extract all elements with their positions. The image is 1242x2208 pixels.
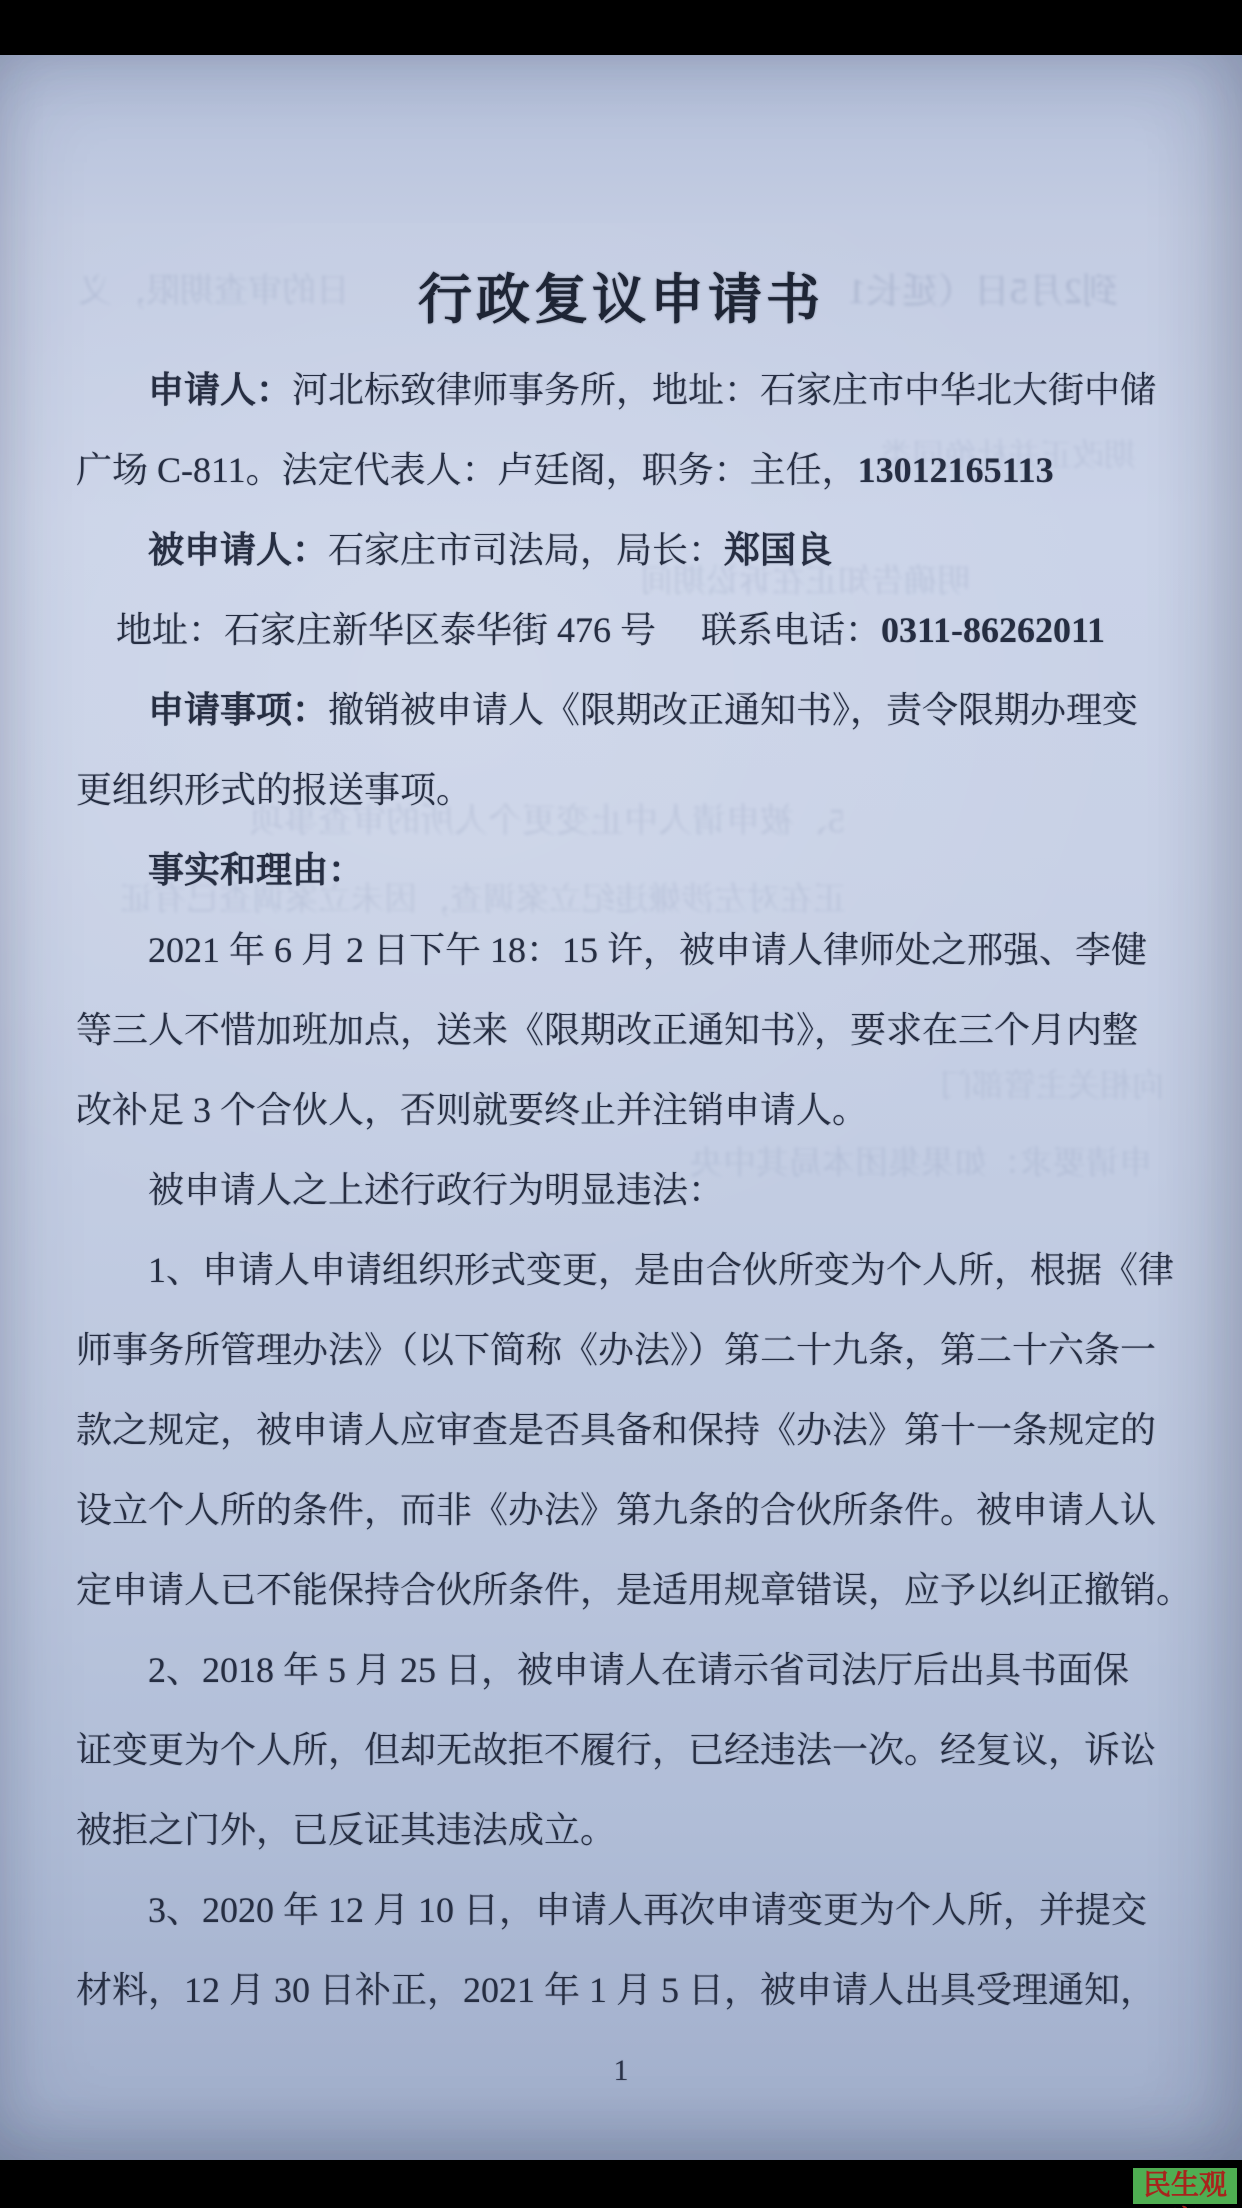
document-body: 申请人：河北标致律师事务所，地址：石家庄市中华北大街中储广场 C-811。法定代… xyxy=(0,350,1242,2030)
text-run: 3、2020 年 12 月 10 日，申请人再次申请变更为个人所，并提交 xyxy=(148,1890,1147,1930)
text-run: 改补足 3 个合伙人，否则就要终止并注销申请人。 xyxy=(76,1090,868,1130)
text-run: 石家庄市司法局，局长： xyxy=(328,530,724,570)
text-run: 定申请人已不能保持合伙所条件，是适用规章错误，应予以纠正撤销。 xyxy=(76,1570,1192,1610)
photo-frame: 到2月5日（延长1日的审查期限，义期改正并杜绝同类明确告知正在诉讼期间5、被申请… xyxy=(0,0,1242,2208)
text-run: 广场 C-811。法定代表人：卢廷阁，职务：主任， xyxy=(76,450,858,490)
doc-line: 款之规定，被申请人应审查是否具备和保持《办法》第十一条规定的 xyxy=(76,1390,1184,1470)
doc-line: 定申请人已不能保持合伙所条件，是适用规章错误，应予以纠正撤销。 xyxy=(76,1550,1184,1630)
doc-line: 被申请人之上述行政行为明显违法： xyxy=(76,1150,1184,1230)
doc-line: 设立个人所的条件，而非《办法》第九条的合伙所条件。被申请人认 xyxy=(76,1470,1184,1550)
text-run: 被申请人： xyxy=(148,530,328,570)
doc-line: 申请人：河北标致律师事务所，地址：石家庄市中华北大街中储 xyxy=(76,350,1184,430)
text-run: 1、申请人申请组织形式变更，是由合伙所变为个人所，根据《律 xyxy=(148,1250,1174,1290)
watermark-badge: 民生观察 xyxy=(1133,2168,1237,2204)
doc-line: 事实和理由： xyxy=(76,830,1184,910)
text-run: 等三人不惜加班加点，送来《限期改正通知书》，要求在三个月内整 xyxy=(76,1010,1138,1050)
text-run: 0311-86262011 xyxy=(881,610,1105,650)
doc-line: 材料，12 月 30 日补正，2021 年 1 月 5 日，被申请人出具受理通知… xyxy=(76,1950,1184,2030)
text-run: 2、2018 年 5 月 25 日，被申请人在请示省司法厅后出具书面保 xyxy=(148,1650,1129,1690)
doc-line: 改补足 3 个合伙人，否则就要终止并注销申请人。 xyxy=(76,1070,1184,1150)
doc-line: 师事务所管理办法》（以下简称《办法》）第二十九条，第二十六条一 xyxy=(76,1310,1184,1390)
text-run: 事实和理由： xyxy=(148,850,364,890)
doc-line: 被申请人：石家庄市司法局，局长：郑国良 xyxy=(76,510,1184,590)
doc-line: 被拒之门外，已反证其违法成立。 xyxy=(76,1790,1184,1870)
text-run: 师事务所管理办法》（以下简称《办法》）第二十九条，第二十六条一 xyxy=(76,1330,1156,1370)
text-run: 13012165113 xyxy=(858,450,1054,490)
page-number: 1 xyxy=(0,2054,1242,2088)
text-run: 被申请人之上述行政行为明显违法： xyxy=(148,1170,724,1210)
doc-line: 更组织形式的报送事项。 xyxy=(76,750,1184,830)
doc-line: 地址：石家庄新华区泰华街 476 号 联系电话：0311-86262011 xyxy=(76,590,1184,670)
text-run: 地址：石家庄新华区泰华街 476 号 联系电话： xyxy=(116,610,881,650)
doc-line: 2021 年 6 月 2 日下午 18：15 许，被申请人律师处之邢强、李健 xyxy=(76,910,1184,990)
text-run: 款之规定，被申请人应审查是否具备和保持《办法》第十一条规定的 xyxy=(76,1410,1156,1450)
text-run: 证变更为个人所，但却无故拒不履行，已经违法一次。经复议，诉讼 xyxy=(76,1730,1156,1770)
doc-line: 申请事项：撤销被申请人《限期改正通知书》，责令限期办理变 xyxy=(76,670,1184,750)
text-run: 材料，12 月 30 日补正，2021 年 1 月 5 日，被申请人出具受理通知… xyxy=(76,1970,1156,2010)
text-run: 申请事项： xyxy=(148,690,328,730)
text-run: 河北标致律师事务所，地址：石家庄市中华北大街中储 xyxy=(292,370,1156,410)
text-run: 设立个人所的条件，而非《办法》第九条的合伙所条件。被申请人认 xyxy=(76,1490,1156,1530)
text-run: 被拒之门外，已反证其违法成立。 xyxy=(76,1810,616,1850)
doc-line: 1、申请人申请组织形式变更，是由合伙所变为个人所，根据《律 xyxy=(76,1230,1184,1310)
doc-line: 2、2018 年 5 月 25 日，被申请人在请示省司法厅后出具书面保 xyxy=(76,1630,1184,1710)
doc-line: 等三人不惜加班加点，送来《限期改正通知书》，要求在三个月内整 xyxy=(76,990,1184,1070)
doc-line: 证变更为个人所，但却无故拒不履行，已经违法一次。经复议，诉讼 xyxy=(76,1710,1184,1790)
document-page: 到2月5日（延长1日的审查期限，义期改正并杜绝同类明确告知正在诉讼期间5、被申请… xyxy=(0,55,1242,2160)
text-run: 申请人： xyxy=(148,370,292,410)
text-run: 2021 年 6 月 2 日下午 18：15 许，被申请人律师处之邢强、李健 xyxy=(148,930,1147,970)
doc-line: 广场 C-811。法定代表人：卢廷阁，职务：主任，13012165113 xyxy=(76,430,1184,510)
document-title: 行政复议申请书 xyxy=(0,260,1242,340)
text-run: 郑国良 xyxy=(724,530,832,570)
doc-line: 3、2020 年 12 月 10 日，申请人再次申请变更为个人所，并提交 xyxy=(76,1870,1184,1950)
text-run: 撤销被申请人《限期改正通知书》，责令限期办理变 xyxy=(328,690,1138,730)
text-run: 更组织形式的报送事项。 xyxy=(76,770,472,810)
